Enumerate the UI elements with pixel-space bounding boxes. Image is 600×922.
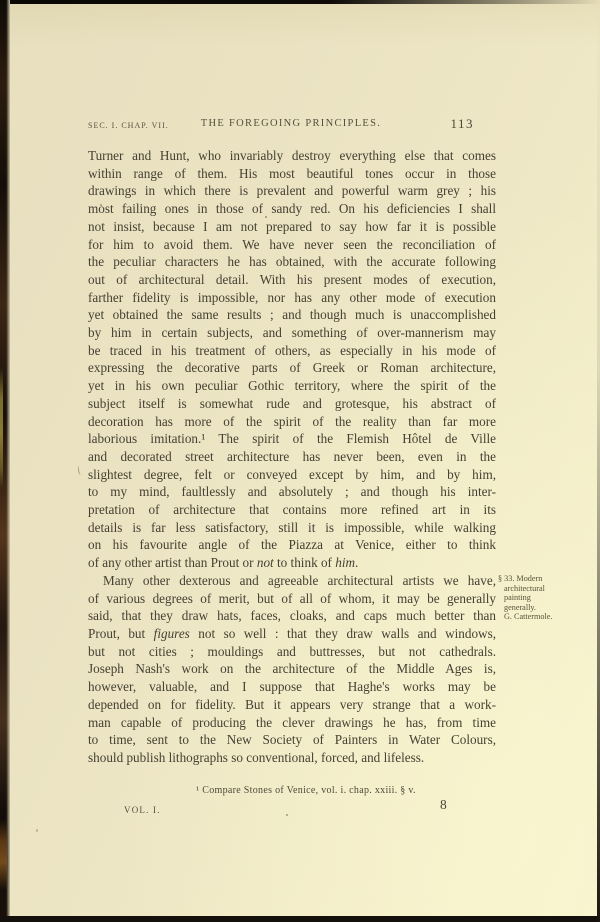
text-line: Many other dexterous and agreeable archi… [88,572,496,590]
sidenote-line: § 33. Modern [498,574,594,584]
scan-edge-left-streak [0,368,3,488]
paper-speck [286,814,288,816]
sidenote-line: architectural [498,584,594,594]
scan-edge-left-stain [0,820,7,890]
text-line: decoration has more of the spirit of the… [88,413,496,431]
paper-blemish [77,466,83,476]
text-line: within range of them. His most beautiful… [88,165,496,183]
page-number: 113 [450,116,474,132]
body-text-column: Turner and Hunt, who invariably destroy … [88,147,496,767]
text-line: man capable of producing the clever draw… [88,714,496,732]
chapter-label: SEC. I. CHAP. VII. [88,121,169,130]
text-line: yet in his own peculiar Gothic territory… [88,377,496,395]
sidenote-line: painting [498,593,594,603]
text-line: but not cities ; mouldings and buttresse… [88,643,496,661]
text-line: Turner and Hunt, who invariably destroy … [88,147,496,165]
running-head: SEC. I. CHAP. VII. THE FOREGOING PRINCIP… [88,118,494,132]
text-line: slightest degree, felt or conveyed excep… [88,466,496,484]
text-line: Joseph Nash's work on the architecture o… [88,660,496,678]
book-page-scan: SEC. I. CHAP. VII. THE FOREGOING PRINCIP… [0,0,600,922]
text-line: by him in certain subjects, and somethin… [88,324,496,342]
text-line: for him to avoid them. We have never see… [88,236,496,254]
text-line: should publish lithographs so convention… [88,749,496,767]
text-line: expressing the decorative parts of Greek… [88,359,496,377]
text-line: laborious imitation.¹ The spirit of the … [88,430,496,448]
running-title: THE FOREGOING PRINCIPLES. [201,118,381,129]
marginal-sidenote: § 33. Modernarchitecturalpaintinggeneral… [498,574,594,622]
text-line: Prout, but figures not so well : that th… [88,625,496,643]
paper-speck [100,204,102,206]
text-line: to my mind, faultlessly and absolutely ;… [88,483,496,501]
scan-edge-bottom [0,916,600,922]
text-line: of any other artist than Prout or not to… [88,554,496,572]
text-line: on his favourite angle of the Piazza at … [88,536,496,554]
text-line: not insist, because I am not prepared to… [88,218,496,236]
footnote: ¹ Compare Stones of Venice, vol. i. chap… [88,785,496,796]
text-line: depended on for fidelity. But it appears… [88,696,496,714]
text-line: out of architectural detail. With his pr… [88,271,496,289]
text-line: to time, sent to the New Society of Pain… [88,731,496,749]
text-line: farther fidelity is impossible, nor has … [88,289,496,307]
text-line: yet obtained the same results ; and thou… [88,306,496,324]
sidenote-line: generally. [498,603,594,613]
text-line: drawings in which there is prevalent and… [88,182,496,200]
text-line: pretation of architecture that contains … [88,501,496,519]
scan-edge-top [0,0,600,4]
text-line: subject itself is somewhat rude and grot… [88,395,496,413]
paper-speck [265,216,267,218]
text-line: of various degrees of merit, but of all … [88,590,496,608]
text-line: and decorated street architecture has ne… [88,448,496,466]
text-line: the peculiar characters he has obtained,… [88,253,496,271]
text-line: be traced in his treatment of others, as… [88,342,496,360]
sidenote-line: G. Cattermole. [498,612,594,622]
text-line: details is far less satisfactory, still … [88,519,496,537]
signature-number: 8 [440,797,447,813]
paper-speck [36,829,38,832]
text-line: however, valuable, and I suppose that Ha… [88,678,496,696]
text-line: most failing ones in those of sandy red.… [88,200,496,218]
text-line: said, that they draw hats, faces, cloaks… [88,607,496,625]
volume-label: VOL. I. [124,805,161,815]
